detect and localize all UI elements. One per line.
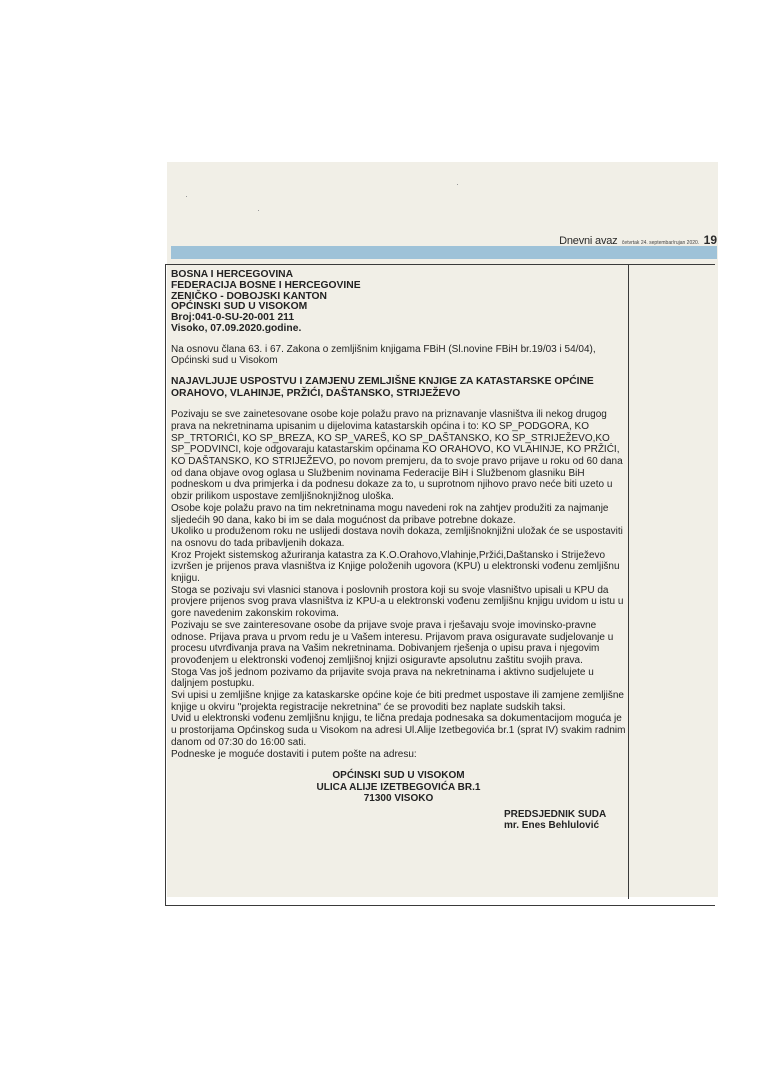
column-divider [628,264,629,899]
paper-speck [457,184,458,185]
signatory-name: mr. Enes Behlulović [504,820,626,832]
paragraph: Pozivaju se sve zainetesovane osobe koje… [171,409,626,503]
document-date: Visoko, 07.09.2020.godine. [171,324,626,335]
signatory-title: PREDSJEDNIK SUDA [504,809,626,821]
header-line: FEDERACIJA BOSNE I HERCEGOVINE [171,281,626,292]
address-line: OPĆINSKI SUD U VISOKOM [171,770,626,782]
paragraph: Pozivaju se sve zainteresovane osobe da … [171,620,626,667]
notice-content: BOSNA I HERCEGOVINA FEDERACIJA BOSNE I H… [171,270,626,832]
paragraph: Svi upisi u zemljišne knjige za kataskar… [171,690,626,713]
signature-block: PREDSJEDNIK SUDA mr. Enes Behlulović [504,809,626,832]
address-line: ULICA ALIJE IZETBEGOVIĆA BR.1 [171,782,626,794]
legal-basis: Na osnovu člana 63. i 67. Zakona o zemlj… [171,344,626,367]
newspaper-clipping: Dnevni avaz četvrtak 24. septembar/rujan… [167,162,718,897]
court-header: BOSNA I HERCEGOVINA FEDERACIJA BOSNE I H… [171,270,626,335]
paper-speck [258,210,259,211]
paragraph: Uvid u elektronski vođenu zemljišnu knji… [171,713,626,748]
address-line: 71300 VISOKO [171,793,626,805]
notice-title: NAJAVLJUJE USPOSTVU I ZAMJENU ZEMLJIŠNE … [171,376,626,400]
paragraph: Stoga se pozivaju svi vlasnici stanova i… [171,585,626,620]
notice-box: BOSNA I HERCEGOVINA FEDERACIJA BOSNE I H… [165,264,715,906]
paper-speck [186,196,187,197]
section-band [171,246,717,259]
postal-address: OPĆINSKI SUD U VISOKOM ULICA ALIJE IZETB… [171,770,626,805]
paragraph: Osobe koje polažu pravo na tim nekretnin… [171,503,626,526]
paragraph: Stoga Vas još jednom pozivamo da prijavi… [171,667,626,690]
page-number: 19 [704,233,717,247]
paragraph: Kroz Projekt sistemskog ažuriranja katas… [171,550,626,585]
paragraph: Ukoliko u produženom roku ne uslijedi do… [171,526,626,549]
paragraph: Podneske je moguće dostaviti i putem poš… [171,749,626,761]
